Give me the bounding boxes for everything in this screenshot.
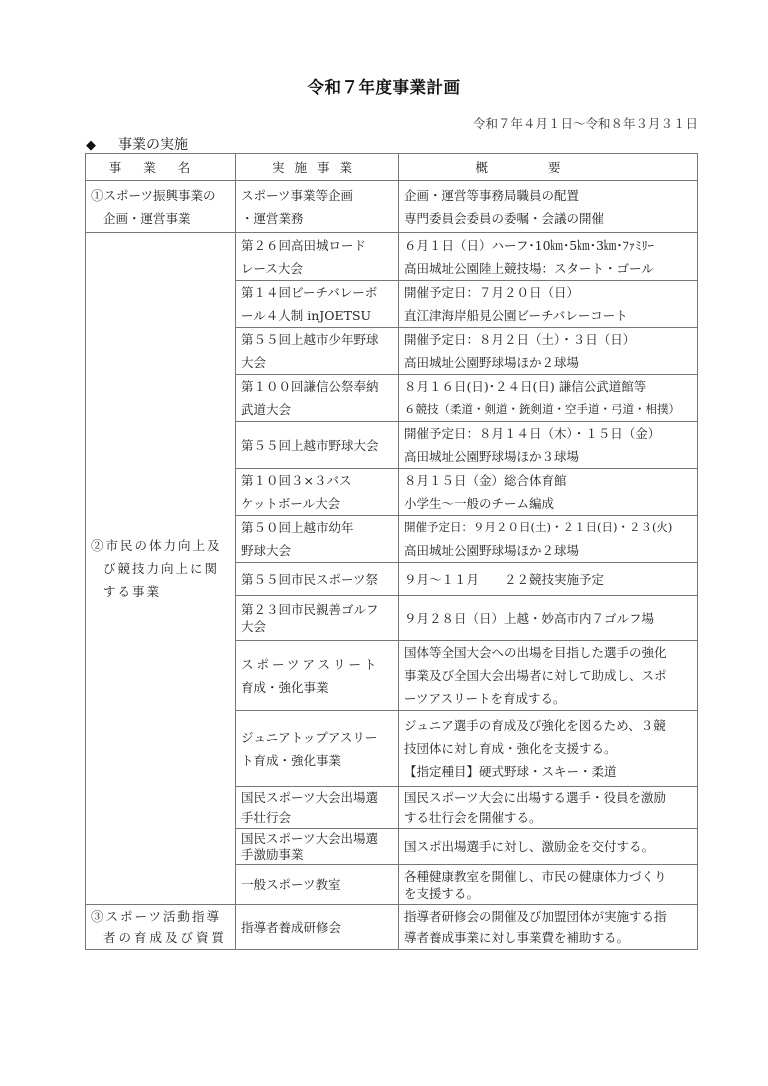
header-summary: 概要: [399, 154, 698, 181]
header-business-name: 事業名: [86, 154, 236, 181]
table-row: ②市民の体力向上及 び競技力向上に関 する事業 第２６回高田城ロード レース大会…: [86, 233, 698, 281]
summary-cell: ９月２８日（日）上越・妙高市内７ゴルフ場: [399, 596, 698, 641]
project-cell: 指導者養成研修会: [236, 905, 399, 950]
project-cell: 第１４回ビーチバレーボ ール４人制 inJOETSU: [236, 281, 399, 328]
diamond-bullet-icon: ◆: [86, 138, 104, 153]
project-cell: 国民スポーツ大会出場選 手激励事業: [236, 829, 399, 865]
section-heading-text: 事業の実施: [118, 137, 188, 153]
summary-cell: ８月１６日(日)･２４日(日) 謙信公武道館等 ６競技（柔道・剣道・銃剣道・空手…: [399, 375, 698, 422]
project-cell: 第２６回高田城ロード レース大会: [236, 233, 399, 281]
project-cell: 国民スポーツ大会出場選 手壮行会: [236, 787, 399, 829]
summary-cell: ８月１５日（金）総合体育館 小学生～一般のチーム編成: [399, 469, 698, 516]
summary-cell: 開催予定日：８月２日（土）・３日（日） 高田城址公園野球場ほか２球場: [399, 328, 698, 375]
summary-cell: 各種健康教室を開催し、市民の健康体力づくり を支援する。: [399, 865, 698, 905]
summary-cell: 開催予定日：７月２０日（日） 直江津海岸船見公園ビーチバレーコート: [399, 281, 698, 328]
project-cell: 第５５回上越市野球大会: [236, 422, 399, 469]
business-name-cell: ②市民の体力向上及 び競技力向上に関 する事業: [86, 233, 236, 905]
project-cell: スポーツアスリート 育成・強化事業: [236, 641, 399, 711]
project-cell: 第５０回上越市幼年 野球大会: [236, 516, 399, 563]
summary-cell: 開催予定日：９月２０日(土)・２１日(日)・２３(火) 高田城址公園野球場ほか２…: [399, 516, 698, 563]
summary-cell: ９月～１１月 ２２競技実施予定: [399, 563, 698, 596]
project-cell: 一般スポーツ教室: [236, 865, 399, 905]
business-name-cell: ③スポーツ活動指導 者の育成及び資質: [86, 905, 236, 950]
summary-cell: 指導者研修会の開催及び加盟団体が実施する指 導者養成事業に対し事業費を補助する。: [399, 905, 698, 950]
summary-cell: ジュニア選手の育成及び強化を図るため、３競 技団体に対し育成・強化を支援する。 …: [399, 711, 698, 787]
project-cell: スポーツ事業等企画 ・運営業務: [236, 181, 399, 233]
section-heading: ◆事業の実施: [86, 134, 188, 154]
summary-cell: 国体等全国大会への出場を目指した選手の強化 事業及び全国大会出場者に対して助成し…: [399, 641, 698, 711]
project-cell: 第１００回謙信公祭奉納 武道大会: [236, 375, 399, 422]
document-title: 令和７年度事業計画: [0, 74, 768, 98]
fiscal-period: 令和７年４月１日～令和８年３月３１日: [473, 114, 698, 132]
project-cell: 第１０回３×３バス ケットボール大会: [236, 469, 399, 516]
project-cell: ジュニアトップアスリー ト育成・強化事業: [236, 711, 399, 787]
summary-cell: 国民スポーツ大会に出場する選手・役員を激励 する壮行会を開催する。: [399, 787, 698, 829]
summary-cell: 企画・運営等事務局職員の配置 専門委員会委員の委嘱・会議の開催: [399, 181, 698, 233]
business-name-cell: ①スポーツ振興事業の 企画・運営事業: [86, 181, 236, 233]
table-row: ①スポーツ振興事業の 企画・運営事業 スポーツ事業等企画 ・運営業務 企画・運営…: [86, 181, 698, 233]
summary-cell: ６月１日（日）ハーフ･10㎞･5㎞･3㎞･ﾌｧﾐﾘｰ 高田城址公園陸上競技場：ス…: [399, 233, 698, 281]
table-header-row: 事業名 実施事業 概要: [86, 154, 698, 181]
summary-cell: 開催予定日：８月１４日（木）・１５日（金） 高田城址公園野球場ほか３球場: [399, 422, 698, 469]
summary-cell: 国スポ出場選手に対し、激励金を交付する。: [399, 829, 698, 865]
project-cell: 第２３回市民親善ゴルフ 大会: [236, 596, 399, 641]
project-cell: 第５５回市民スポーツ祭: [236, 563, 399, 596]
project-cell: 第５５回上越市少年野球 大会: [236, 328, 399, 375]
table-row: ③スポーツ活動指導 者の育成及び資質 指導者養成研修会 指導者研修会の開催及び加…: [86, 905, 698, 950]
header-implementation: 実施事業: [236, 154, 399, 181]
business-plan-table: 事業名 実施事業 概要 ①スポーツ振興事業の 企画・運営事業 スポーツ事業等企画…: [85, 153, 698, 950]
